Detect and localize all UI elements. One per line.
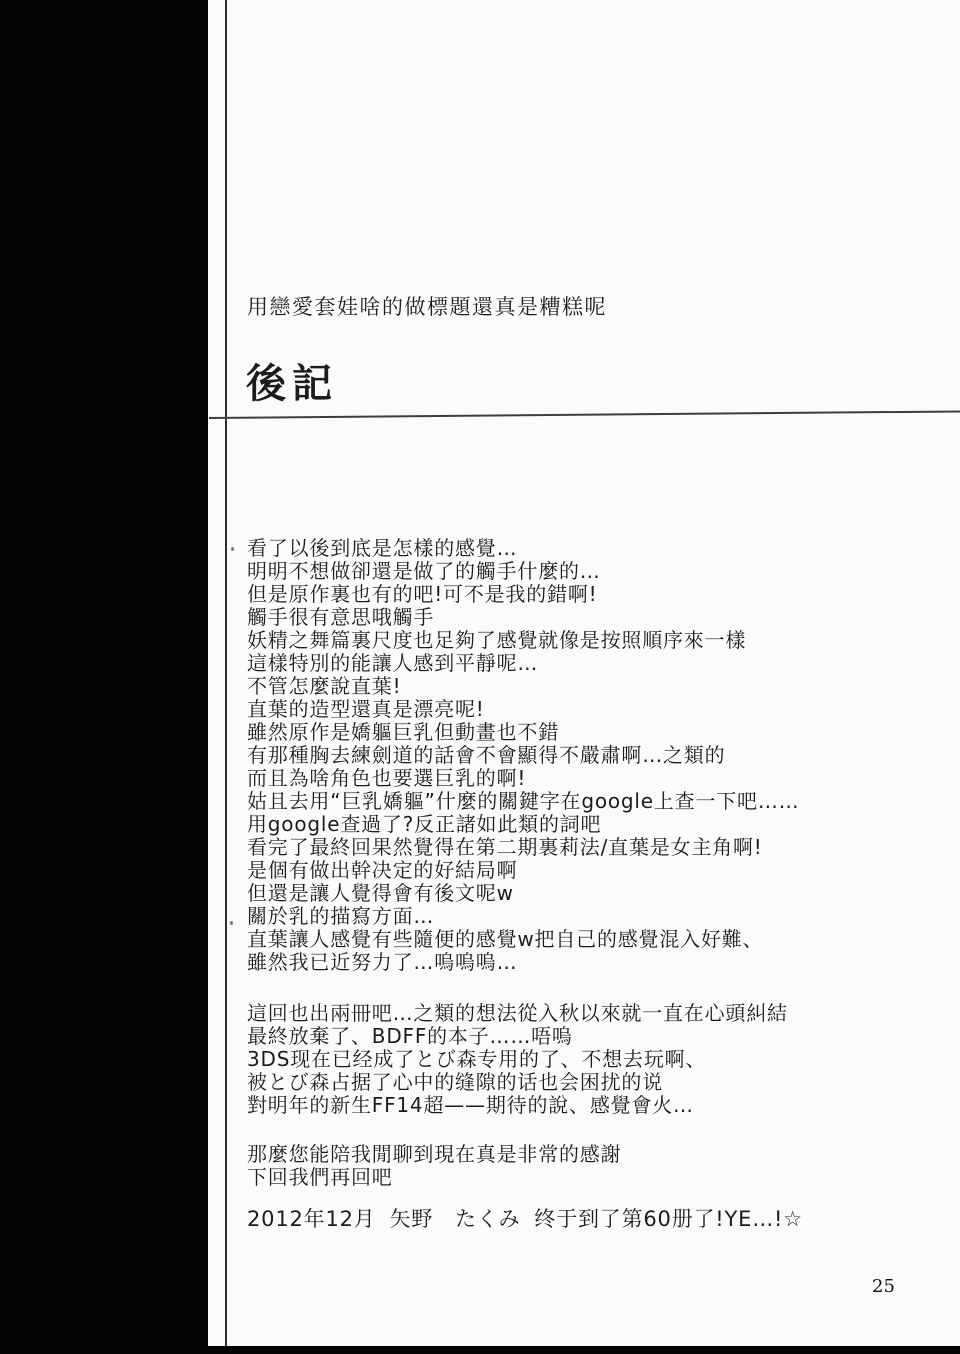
afterword-line: 被とび森占据了心中的缝隙的话也会困扰的说 [247, 1071, 788, 1094]
signoff-line: 2012年12月矢野 たくみ终于到了第60册了!YE…!☆ [247, 1203, 803, 1233]
afterword-line: 這回也出兩冊吧…之類的想法從入秋以來就一直在心頭糾結 [247, 1002, 788, 1025]
afterword-line: 下回我們再回吧 [247, 1166, 621, 1189]
afterword-line: 但是原作裏也有的吧!可不是我的錯啊! [247, 583, 799, 606]
page-number: 25 [872, 1276, 895, 1297]
afterword-paragraph-2: 這回也出兩冊吧…之類的想法從入秋以來就一直在心頭糾結 最終放棄了、BDFF的本子… [247, 1002, 788, 1117]
afterword-line: 這樣特別的能讓人感到平靜呢… [247, 652, 799, 675]
afterword-line: 不管怎麼說直葉! [247, 675, 799, 698]
afterword-line: 那麼您能陪我閒聊到現在真是非常的感謝 [247, 1143, 621, 1166]
afterword-line: 關於乳的描寫方面… [247, 905, 799, 928]
signoff-date: 2012年12月 [247, 1207, 376, 1231]
afterword-line: 觸手很有意思哦觸手 [247, 606, 799, 629]
page-border-line [225, 0, 227, 1346]
scan-black-margin [0, 0, 208, 1354]
title-divider-line [209, 410, 960, 419]
signoff-note: 终于到了第60册了!YE…!☆ [534, 1207, 802, 1231]
afterword-line: 雖然我已近努力了…嗚嗚嗚… [247, 951, 799, 974]
afterword-line: 對明年的新生FF14超——期待的說、感覺會火… [247, 1094, 788, 1117]
afterword-line: 看完了最終回果然覺得在第二期裏莉法/直葉是女主角啊! [247, 836, 799, 859]
signoff-author: 矢野 たくみ [390, 1207, 521, 1231]
scanned-afterword-page: 用戀愛套娃啥的做標題還真是糟糕呢 後記 看了以後到底是怎樣的感覺… 明明不想做卻… [0, 0, 960, 1354]
afterword-line: 3DS现在已经成了とび森专用的了、不想去玩啊、 [247, 1048, 788, 1071]
afterword-line: 最終放棄了、BDFF的本子……唔嗚 [247, 1025, 788, 1048]
scan-speck [230, 921, 233, 925]
afterword-line: 用google查過了?反正諸如此類的詞吧 [247, 813, 799, 836]
scan-bottom-edge [0, 1346, 960, 1354]
afterword-line: 而且為啥角色也要選巨乳的啊! [247, 767, 799, 790]
page-title: 後記 [246, 352, 338, 409]
afterword-paragraph-3: 那麼您能陪我閒聊到現在真是非常的感謝 下回我們再回吧 [247, 1143, 621, 1189]
caption-line: 用戀愛套娃啥的做標題還真是糟糕呢 [247, 291, 607, 321]
afterword-line: 明明不想做卻還是做了的觸手什麼的… [247, 560, 799, 583]
afterword-line: 直葉讓人感覺有些隨便的感覺w把自己的感覺混入好難、 [247, 928, 799, 951]
scan-speck [231, 547, 234, 551]
afterword-line: 直葉的造型還真是漂亮呢! [247, 698, 799, 721]
afterword-line: 看了以後到底是怎樣的感覺… [247, 537, 799, 560]
afterword-paragraph-1: 看了以後到底是怎樣的感覺… 明明不想做卻還是做了的觸手什麼的… 但是原作裏也有的… [247, 537, 799, 974]
afterword-line: 雖然原作是嬌軀巨乳但動畫也不錯 [247, 721, 799, 744]
afterword-line: 妖精之舞篇裏尺度也足夠了感覺就像是按照順序來一樣 [247, 629, 799, 652]
afterword-line: 但還是讓人覺得會有後文呢w [247, 882, 799, 905]
afterword-line: 姑且去用“巨乳嬌軀”什麼的關鍵字在google上查一下吧…… [247, 790, 799, 813]
afterword-line: 有那種胸去練劍道的話會不會顯得不嚴肅啊…之類的 [247, 744, 799, 767]
afterword-line: 是個有做出幹决定的好結局啊 [247, 859, 799, 882]
